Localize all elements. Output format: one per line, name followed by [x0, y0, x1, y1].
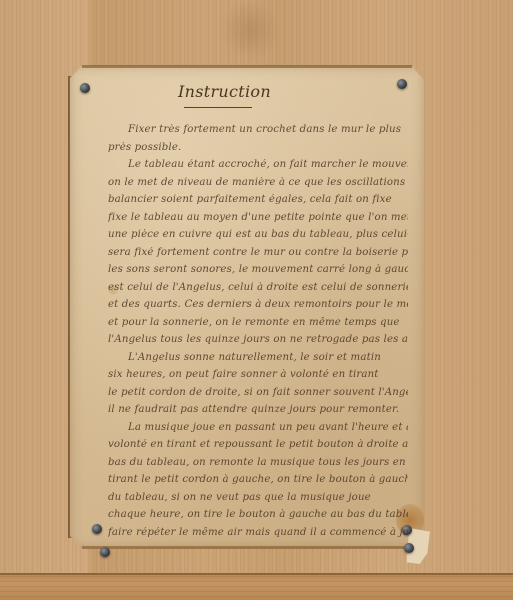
pin-bottom-left-icon	[92, 524, 102, 534]
paper-top-edge	[82, 65, 412, 68]
handwritten-line: et pour la sonnerie, on le remonte en mê…	[108, 317, 408, 328]
handwritten-line: tirant le petit cordon à gauche, on tire…	[108, 474, 408, 485]
handwritten-line: bas du tableau, on remonte la musique to…	[108, 457, 408, 468]
handwritten-line: et des quarts. Ces derniers à deux remon…	[108, 299, 408, 310]
pin-top-right-icon	[397, 79, 407, 89]
handwritten-line: balancier soient parfaitement égales, ce…	[108, 194, 408, 205]
pin-board-right-icon	[404, 543, 414, 553]
handwritten-line: Fixer très fortement un crochet dans le …	[128, 124, 408, 135]
pin-top-left-icon	[80, 83, 90, 93]
handwritten-line: faire répéter le même air mais quand il …	[108, 527, 408, 538]
document-title: Instruction	[178, 82, 271, 101]
handwritten-line: L'Angelus sonne naturellement, le soir e…	[128, 352, 408, 363]
handwritten-line: chaque heure, on tire le bouton à gauche…	[108, 509, 408, 520]
handwritten-line: est celui de l'Angelus, celui à droite e…	[108, 282, 408, 293]
pin-board-left-icon	[100, 547, 110, 557]
handwritten-line: du tableau, si on ne veut pas que la mus…	[108, 492, 408, 503]
handwritten-line: volonté en tirant et repoussant le petit…	[108, 439, 408, 450]
handwritten-line: fixe le tableau au moyen d'une petite po…	[108, 212, 408, 223]
paper-bottom-edge	[82, 546, 412, 549]
wood-knot-shadow	[220, 0, 280, 60]
handwritten-line: il ne faudrait pas attendre quinze jours…	[108, 404, 408, 415]
handwritten-line: les sons seront sonores, le mouvement ca…	[108, 264, 408, 275]
handwritten-line: sera fixé fortement contre le mur ou con…	[108, 247, 408, 258]
handwritten-line: six heures, on peut faire sonner à volon…	[108, 369, 408, 380]
handwritten-line: on le met de niveau de manière à ce que …	[108, 177, 408, 188]
handwritten-line: le petit cordon de droite, si on fait so…	[108, 387, 408, 398]
handwritten-line: La musique joue en passant un peu avant …	[128, 422, 408, 433]
wooden-ledge	[0, 573, 513, 600]
handwritten-line: près possible.	[108, 142, 408, 153]
handwritten-line: une pièce en cuivre qui est au bas du ta…	[108, 229, 408, 240]
handwritten-line: l'Angelus tous les quinze jours on ne re…	[108, 334, 408, 345]
title-underline	[184, 107, 252, 108]
handwritten-line: Le tableau étant accroché, on fait march…	[128, 159, 408, 170]
